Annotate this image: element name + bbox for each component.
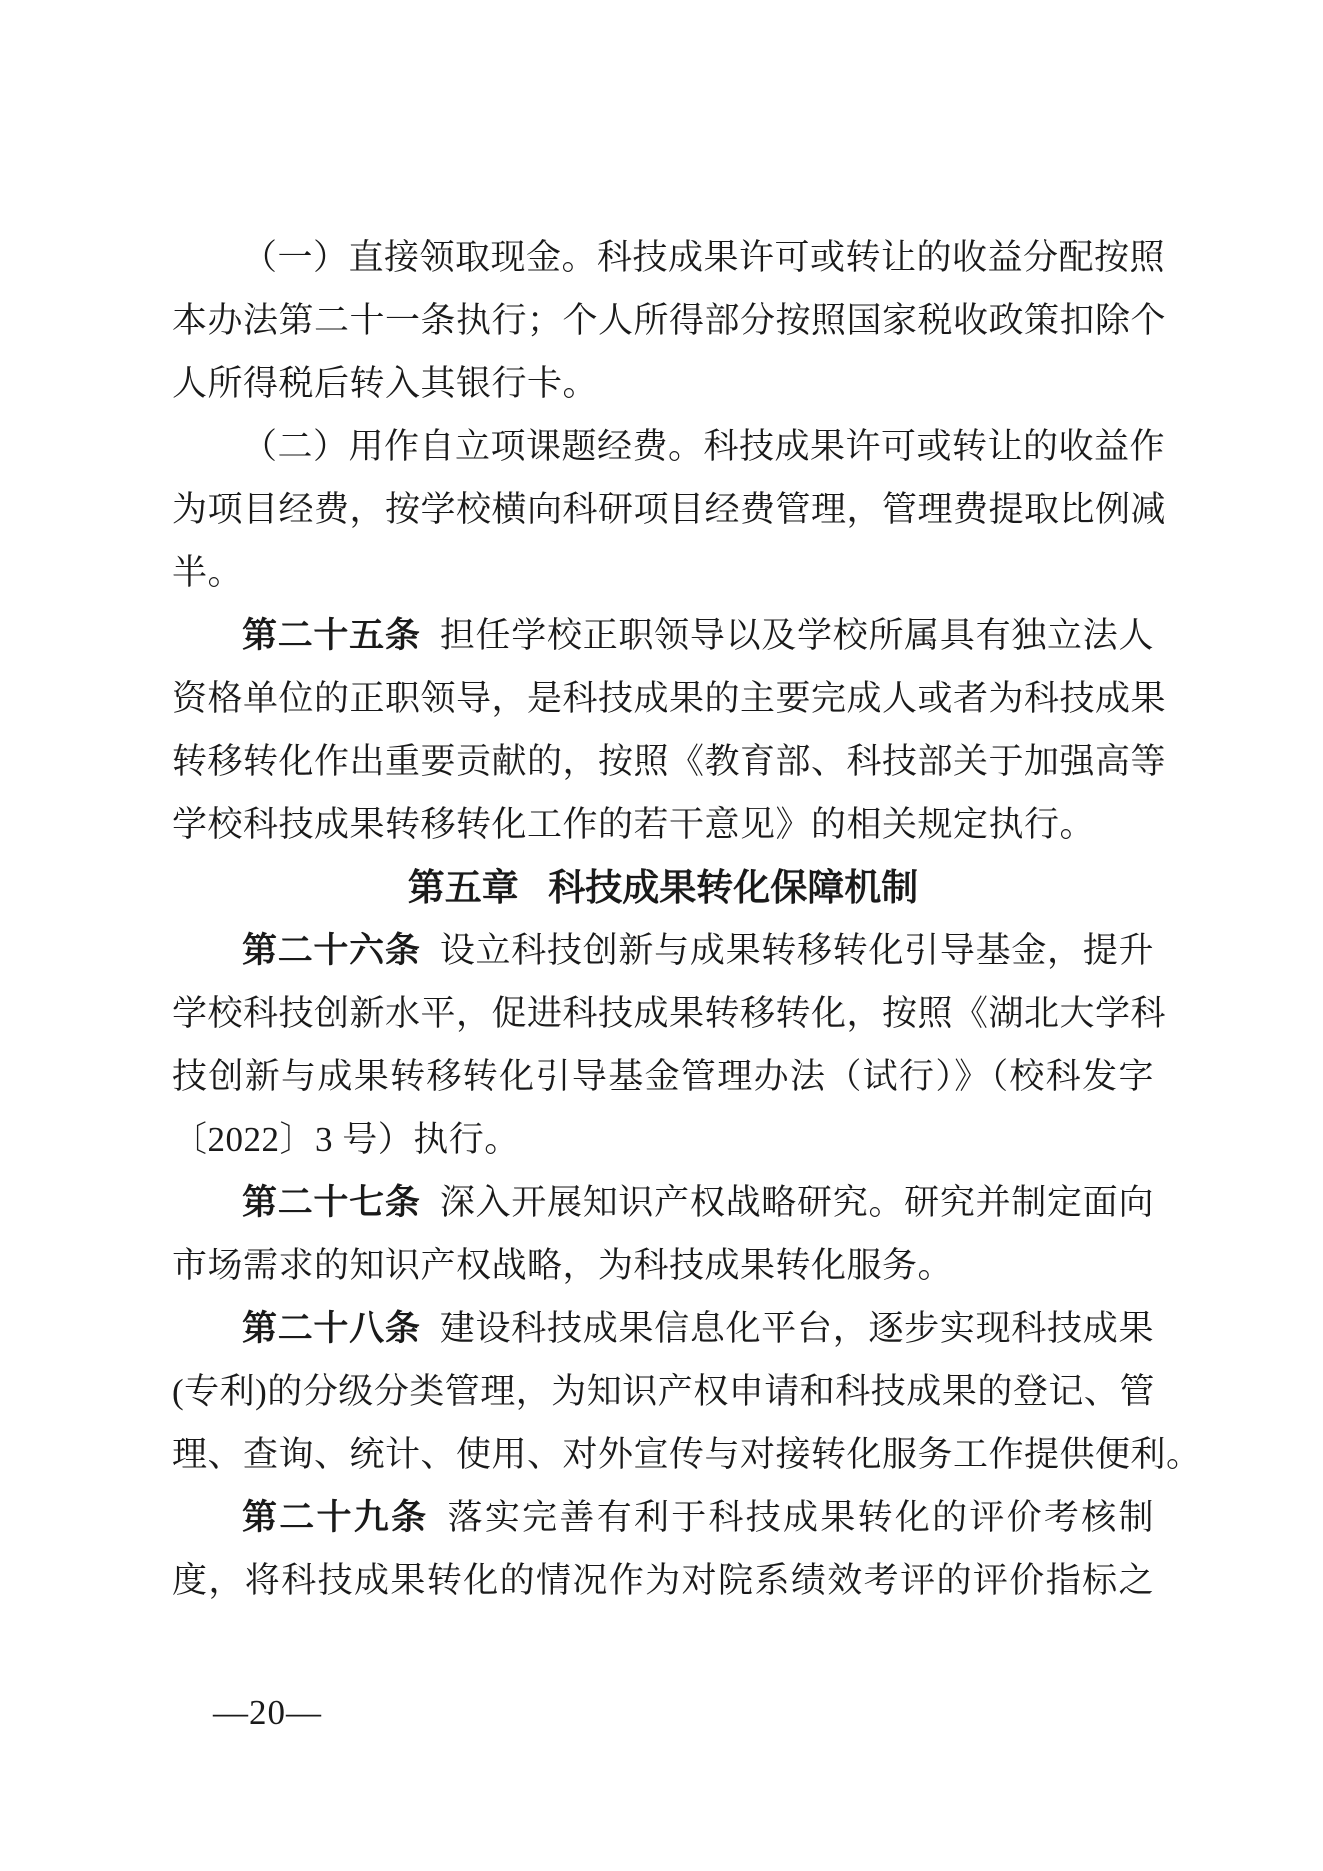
- text-line: (专利)的分级分类管理，为知识产权申请和科技成果的登记、管: [172, 1360, 1154, 1423]
- document-body: （一）直接领取现金。科技成果许可或转让的收益分配按照 本办法第二十一条执行；个人…: [172, 226, 1154, 1612]
- text-line: 学校科技创新水平，促进科技成果转移转化，按照《湖北大学科: [172, 982, 1154, 1045]
- text-line: 技创新与成果转移转化引导基金管理办法（试行）》（校科发字: [172, 1045, 1154, 1108]
- chapter-number: 第五章: [408, 867, 519, 908]
- article-26: 第二十六条设立科技创新与成果转移转化引导基金，提升 学校科技创新水平，促进科技成…: [172, 919, 1154, 1171]
- text-line: 人所得税后转入其银行卡。: [172, 352, 1154, 415]
- article-number: 第二十八条: [242, 1309, 421, 1348]
- text-line: 〔2022〕3 号）执行。: [172, 1108, 1154, 1171]
- article-number: 第二十六条: [242, 931, 421, 970]
- text-line: 半。: [172, 541, 1154, 604]
- article-text: 设立科技创新与成果转移转化引导基金，提升: [440, 931, 1154, 970]
- text-line: 第二十九条落实完善有利于科技成果转化的评价考核制: [172, 1486, 1154, 1549]
- paragraph-item-2: （二）用作自立项课题经费。科技成果许可或转让的收益作 为项目经费，按学校横向科研…: [172, 415, 1154, 604]
- article-text: 落实完善有利于科技成果转化的评价考核制: [448, 1498, 1154, 1537]
- article-number: 第二十九条: [242, 1498, 428, 1537]
- article-text: 深入开展知识产权战略研究。研究并制定面向: [440, 1183, 1154, 1222]
- article-number: 第二十五条: [242, 616, 421, 655]
- chapter-title: 科技成果转化保障机制: [548, 867, 918, 908]
- text-line: 第二十七条深入开展知识产权战略研究。研究并制定面向: [172, 1171, 1154, 1234]
- article-27: 第二十七条深入开展知识产权战略研究。研究并制定面向 市场需求的知识产权战略，为科…: [172, 1171, 1154, 1297]
- text-line: 第二十六条设立科技创新与成果转移转化引导基金，提升: [172, 919, 1154, 982]
- document-page: （一）直接领取现金。科技成果许可或转让的收益分配按照 本办法第二十一条执行；个人…: [0, 0, 1323, 1871]
- text-line: 第二十五条担任学校正职领导以及学校所属具有独立法人: [172, 604, 1154, 667]
- text-line: 理、查询、统计、使用、对外宣传与对接转化服务工作提供便利。: [172, 1423, 1154, 1486]
- text-line: （一）直接领取现金。科技成果许可或转让的收益分配按照: [172, 226, 1154, 289]
- text-line: 资格单位的正职领导，是科技成果的主要完成人或者为科技成果: [172, 667, 1154, 730]
- article-text: 担任学校正职领导以及学校所属具有独立法人: [440, 616, 1154, 655]
- article-text: 建设科技成果信息化平台，逐步实现科技成果: [440, 1309, 1154, 1348]
- text-line: （二）用作自立项课题经费。科技成果许可或转让的收益作: [172, 415, 1154, 478]
- text-line: 本办法第二十一条执行；个人所得部分按照国家税收政策扣除个: [172, 289, 1154, 352]
- article-28: 第二十八条建设科技成果信息化平台，逐步实现科技成果 (专利)的分级分类管理，为知…: [172, 1297, 1154, 1486]
- article-29: 第二十九条落实完善有利于科技成果转化的评价考核制 度，将科技成果转化的情况作为对…: [172, 1486, 1154, 1612]
- chapter-heading: 第五章科技成果转化保障机制: [172, 856, 1154, 919]
- text-line: 第二十八条建设科技成果信息化平台，逐步实现科技成果: [172, 1297, 1154, 1360]
- page-number: —20—: [213, 1694, 322, 1732]
- article-25: 第二十五条担任学校正职领导以及学校所属具有独立法人 资格单位的正职领导，是科技成…: [172, 604, 1154, 856]
- article-number: 第二十七条: [242, 1183, 421, 1222]
- text-line: 为项目经费，按学校横向科研项目经费管理，管理费提取比例减: [172, 478, 1154, 541]
- text-line: 市场需求的知识产权战略，为科技成果转化服务。: [172, 1234, 1154, 1297]
- paragraph-item-1: （一）直接领取现金。科技成果许可或转让的收益分配按照 本办法第二十一条执行；个人…: [172, 226, 1154, 415]
- text-line: 转移转化作出重要贡献的，按照《教育部、科技部关于加强高等: [172, 730, 1154, 793]
- text-line: 度，将科技成果转化的情况作为对院系绩效考评的评价指标之: [172, 1549, 1154, 1612]
- text-line: 学校科技成果转移转化工作的若干意见》的相关规定执行。: [172, 793, 1154, 856]
